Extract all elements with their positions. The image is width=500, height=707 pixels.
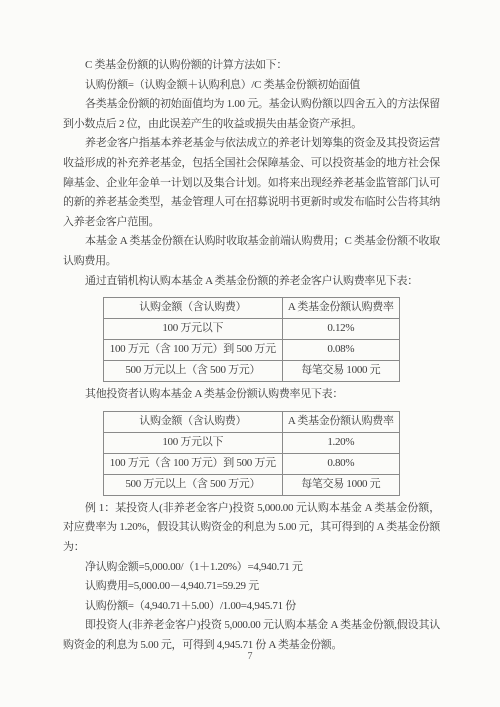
table-header-amount: 认购金额（含认购费） <box>104 298 283 319</box>
table-cell-amount: 100 万元以下 <box>104 319 283 340</box>
formula-subscription-fee: 认购费用=5,000.00－4,940.71=59.29 元 <box>63 577 440 597</box>
table-cell-rate: 0.08% <box>282 340 399 361</box>
table-row: 100 万元以下 0.12% <box>104 319 400 340</box>
table-cell-amount: 100 万元（含 100 万元）到 500 万元 <box>104 340 283 361</box>
paragraph-fee-policy: 本基金 A 类基金份额在认购时收取基金前端认购费用；C 类基金份额不收取认购费用… <box>63 232 440 271</box>
paragraph-table2-intro: 其他投资者认购本基金 A 类基金份额认购费率见下表： <box>63 385 440 405</box>
table-row: 500 万元以上（含 500 万元） 每笔交易 1000 元 <box>104 361 400 382</box>
table-cell-rate: 每笔交易 1000 元 <box>282 361 399 382</box>
paragraph-table1-intro: 通过直销机构认购本基金 A 类基金份额的养老金客户认购费率见下表： <box>63 272 440 292</box>
paragraph-pension-client-definition: 养老金客户指基本养老基金与依法成立的养老计划筹集的资金及其投资运营收益形成的补充… <box>63 134 440 232</box>
paragraph-example-intro: 例 1：某投资人(非养老金客户)投资 5,000.00 元认购本基金 A 类基金… <box>63 499 440 558</box>
table-header-amount: 认购金额（含认购费） <box>104 411 283 432</box>
document-body: C 类基金份额的认购份额的计算方法如下： 认购份额=（认购金额＋认购利息）/C … <box>0 0 500 655</box>
paragraph-initial-face-value: 各类基金份额的初始面值均为 1.00 元。基金认购份额以四舍五入的方法保留到小数… <box>63 95 440 134</box>
table-cell-rate: 1.20% <box>282 432 399 453</box>
table-cell-amount: 100 万元（含 100 万元）到 500 万元 <box>104 453 283 474</box>
other-investor-fee-table: 认购金额（含认购费） A 类基金份额认购费率 100 万元以下 1.20% 10… <box>103 411 400 496</box>
table-row: 100 万元（含 100 万元）到 500 万元 0.80% <box>104 453 400 474</box>
pension-client-fee-table: 认购金额（含认购费） A 类基金份额认购费率 100 万元以下 0.12% 10… <box>103 297 400 382</box>
table-cell-rate: 0.12% <box>282 319 399 340</box>
table-cell-amount: 500 万元以上（含 500 万元） <box>104 474 283 495</box>
table-row: 500 万元以上（含 500 万元） 每笔交易 1000 元 <box>104 474 400 495</box>
table-header-rate: A 类基金份额认购费率 <box>282 298 399 319</box>
document-page: C 类基金份额的认购份额的计算方法如下： 认购份额=（认购金额＋认购利息）/C … <box>0 0 500 707</box>
paragraph-c-class-formula: 认购份额=（认购金额＋认购利息）/C 类基金份额初始面值 <box>63 76 440 96</box>
table-header-row: 认购金额（含认购费） A 类基金份额认购费率 <box>104 411 400 432</box>
page-number: 7 <box>0 647 500 667</box>
table-cell-rate: 每笔交易 1000 元 <box>282 474 399 495</box>
table-cell-rate: 0.80% <box>282 453 399 474</box>
formula-subscription-shares: 认购份额=（4,940.71＋5.00）/1.00=4,945.71 份 <box>63 597 440 617</box>
table-row: 100 万元以下 1.20% <box>104 432 400 453</box>
table-cell-amount: 100 万元以下 <box>104 432 283 453</box>
table-row: 100 万元（含 100 万元）到 500 万元 0.08% <box>104 340 400 361</box>
formula-net-subscription-amount: 净认购金额=5,000.00/（1＋1.20%）=4,940.71 元 <box>63 558 440 578</box>
table-header-rate: A 类基金份额认购费率 <box>282 411 399 432</box>
paragraph-c-class-calc-intro: C 类基金份额的认购份额的计算方法如下： <box>63 56 440 76</box>
table-header-row: 认购金额（含认购费） A 类基金份额认购费率 <box>104 298 400 319</box>
table-cell-amount: 500 万元以上（含 500 万元） <box>104 361 283 382</box>
